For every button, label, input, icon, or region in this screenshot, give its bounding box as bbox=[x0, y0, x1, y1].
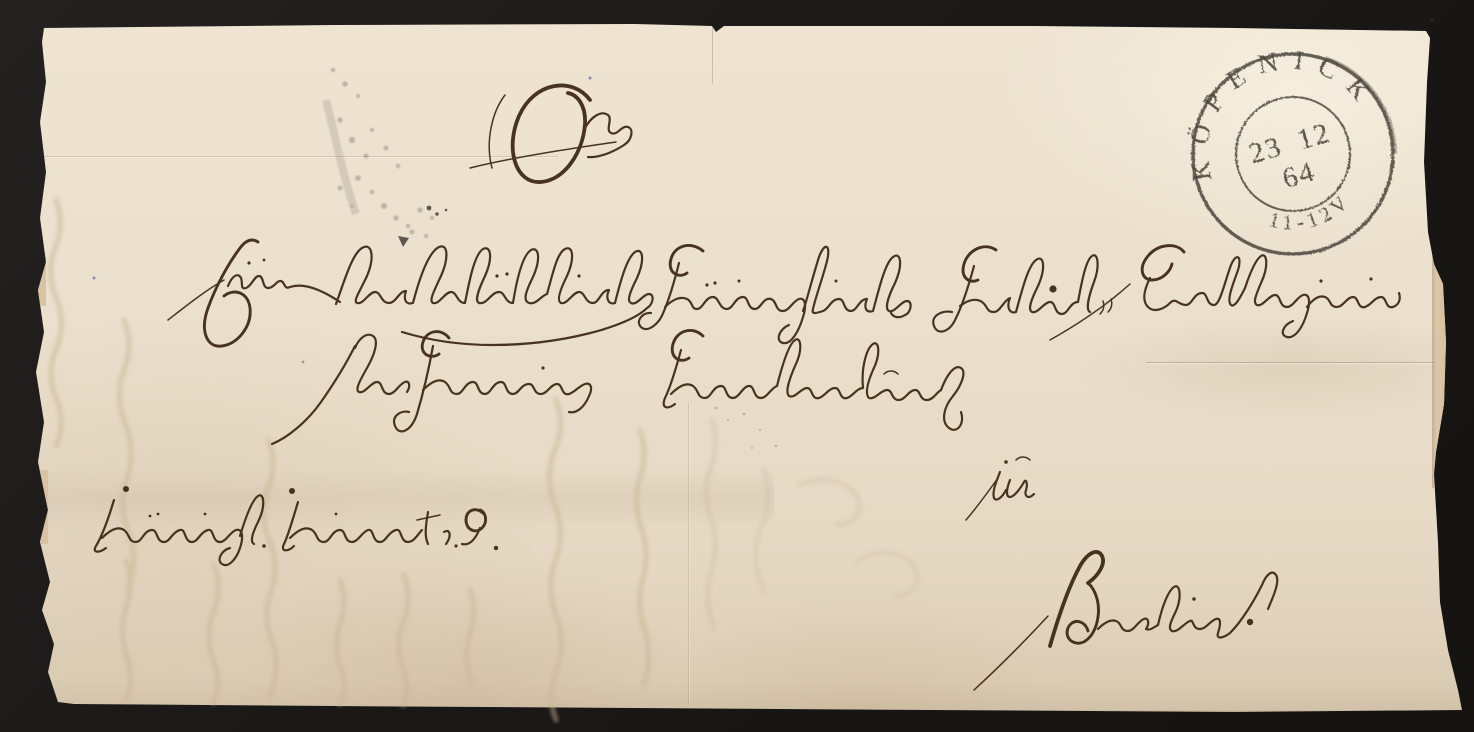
paper-bottom-edge-shadow bbox=[34, 710, 1464, 716]
letter-cover bbox=[34, 22, 1464, 716]
paper-edge-chip bbox=[34, 470, 48, 544]
fold-crease-horizontal-right bbox=[1146, 362, 1446, 363]
fold-shadow-band bbox=[34, 468, 774, 528]
paper-edge-chip bbox=[34, 258, 46, 306]
paper-edge-chip bbox=[36, 628, 48, 668]
fold-crease-horizontal-left bbox=[38, 156, 558, 157]
photo-background: KÖPENICK 23 12 64 11-12V bbox=[0, 0, 1474, 732]
fold-crease-vertical bbox=[688, 402, 689, 704]
paper-nick bbox=[712, 24, 713, 84]
paper-edge-flap bbox=[1432, 256, 1450, 488]
